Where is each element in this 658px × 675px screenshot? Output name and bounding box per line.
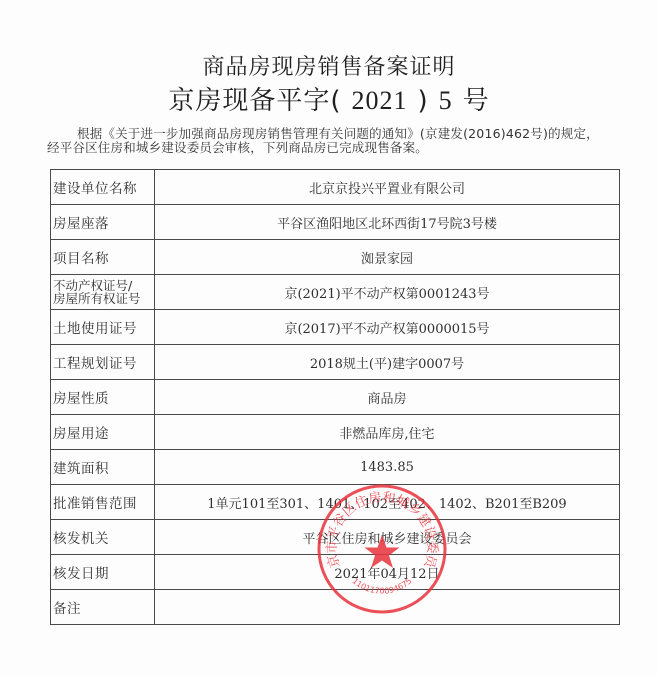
row-label: 房屋用途 (51, 415, 155, 450)
row-label-line2: 房屋所有权证号 (53, 292, 154, 305)
table-row: 房屋性质 商品房 (51, 380, 620, 415)
table-row: 项目名称 洳景家园 (51, 240, 620, 275)
row-value: 2018规土(平)建字0007号 (155, 345, 620, 380)
reference-number-value: 5 (439, 86, 453, 115)
row-label: 备注 (51, 590, 155, 625)
table-row: 核发机关 平谷区住房和城乡建设委员会 (51, 520, 620, 555)
row-value: 平谷区住房和城乡建设委员会 (155, 520, 620, 555)
row-value: 京(2017)平不动产权第0000015号 (155, 310, 620, 345)
table-row: 工程规划证号 2018规土(平)建字0007号 (51, 345, 620, 380)
row-label: 建筑面积 (51, 450, 155, 485)
table-row: 备注 (51, 590, 620, 625)
row-value: 商品房 (155, 380, 620, 415)
row-value: 1单元101至301、1401、102至402、1402、B201至B209 (155, 485, 620, 520)
reference-suffix: 号 (463, 86, 490, 116)
table-row: 核发日期 2021年04月12日 (51, 555, 620, 590)
row-label: 核发日期 (51, 555, 155, 590)
table-row: 建筑面积 1483.85 (51, 450, 620, 485)
document-title: 商品房现房销售备案证明 (0, 53, 658, 83)
row-label: 核发机关 (51, 520, 155, 555)
row-label: 不动产权证号/ 房屋所有权证号 (51, 275, 155, 310)
row-value (155, 590, 620, 625)
table-row: 不动产权证号/ 房屋所有权证号 京(2021)平不动产权第0001243号 (51, 275, 620, 310)
row-value: 洳景家园 (155, 240, 620, 275)
reference-number: 京房现备平字(2021)5号 (0, 85, 658, 117)
reference-prefix: 京房现备平字( (168, 86, 341, 116)
table-row: 房屋用途 非燃品库房,住宅 (51, 415, 620, 450)
row-label: 项目名称 (51, 240, 155, 275)
row-value: 京(2021)平不动产权第0001243号 (155, 275, 620, 310)
row-label: 建设单位名称 (51, 170, 155, 205)
reference-close-paren: ) (417, 86, 428, 116)
table-row: 房屋座落 平谷区渔阳地区北环西街17号院3号楼 (51, 205, 620, 240)
row-label: 房屋性质 (51, 380, 155, 415)
record-table: 建设单位名称 北京京投兴平置业有限公司 房屋座落 平谷区渔阳地区北环西街17号院… (50, 169, 620, 625)
table-row: 建设单位名称 北京京投兴平置业有限公司 (51, 170, 620, 205)
row-label: 房屋座落 (51, 205, 155, 240)
row-value: 1483.85 (155, 450, 620, 485)
table-row: 土地使用证号 京(2017)平不动产权第0000015号 (51, 310, 620, 345)
row-value: 2021年04月12日 (155, 555, 620, 590)
row-value: 北京京投兴平置业有限公司 (155, 170, 620, 205)
row-label: 批准销售范围 (51, 485, 155, 520)
intro-paragraph: 根据《关于进一步加强商品房现房销售管理有关问题的通知》(京建发(2016)462… (47, 127, 607, 155)
table-row: 批准销售范围 1单元101至301、1401、102至402、1402、B201… (51, 485, 620, 520)
row-label: 工程规划证号 (51, 345, 155, 380)
row-value: 非燃品库房,住宅 (155, 415, 620, 450)
row-value: 平谷区渔阳地区北环西街17号院3号楼 (155, 205, 620, 240)
row-label: 土地使用证号 (51, 310, 155, 345)
reference-year: 2021 (351, 86, 407, 115)
certificate-page: 商品房现房销售备案证明 京房现备平字(2021)5号 根据《关于进一步加强商品房… (0, 0, 658, 675)
